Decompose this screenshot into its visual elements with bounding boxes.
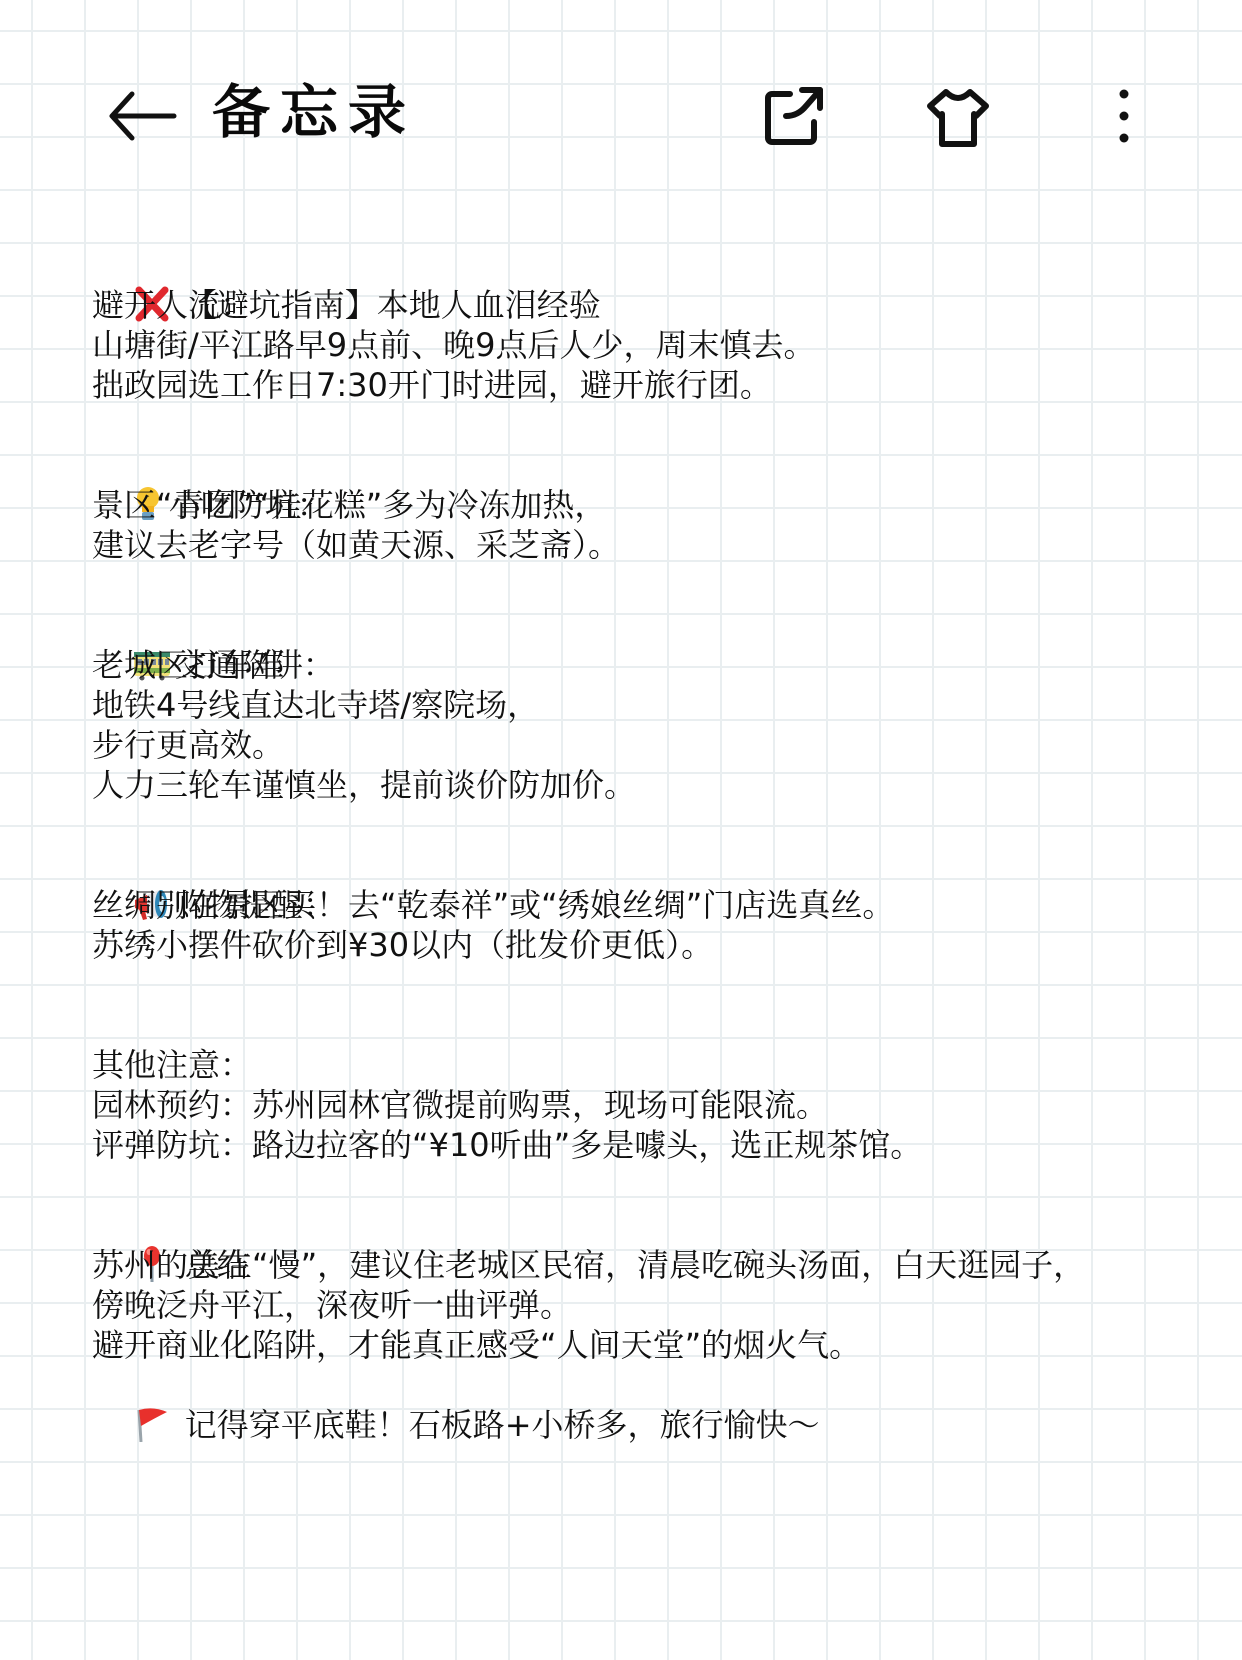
arrow-left-icon — [108, 88, 180, 144]
more-vertical-icon — [1110, 86, 1138, 150]
note-line: 评弹防坑：路边拉客的“¥10听曲”多是噱头，选正规茶馆。 — [92, 1125, 1212, 1165]
theme-button[interactable] — [926, 86, 990, 150]
note-line: 景区“青团”“桂花糕”多为冷冻加热， — [92, 485, 1212, 525]
closing-line: 记得穿平底鞋！石板路+小桥多，旅行愉快～ — [92, 1365, 1212, 1405]
section-heading: 交通陷阱： — [92, 605, 1212, 645]
triangular-flag-icon — [133, 1406, 171, 1442]
note-line: 拙政园选工作日7:30开门时进园，避开旅行团。 — [92, 365, 1212, 405]
note-line: 丝绸别在景区买！去“乾泰祥”或“绣娘丝绸”门店选真丝。 — [92, 885, 1212, 925]
note-line: 苏绣小摆件砍价到¥30以内（批发价更低）。 — [92, 925, 1212, 965]
section-heading: 小吃防坑： — [92, 445, 1212, 485]
note-line: 傍晚泛舟平江，深夜听一曲评弹。 — [92, 1285, 1212, 1325]
note-line: 园林预约：苏州园林官微提前购票，现场可能限流。 — [92, 1085, 1212, 1125]
page-title: 备忘录 — [212, 72, 416, 152]
t-shirt-icon — [926, 86, 990, 150]
note-body[interactable]: 【避坑指南】本地人血泪经验 避开人流： 山塘街/平江路早9点前、晚9点后人少，周… — [92, 245, 1212, 1405]
note-line: 山塘街/平江路早9点前、晚9点后人少，周末慎去。 — [92, 325, 1212, 365]
section-heading: 其他注意： — [92, 1045, 1212, 1085]
more-options-button[interactable] — [1110, 86, 1138, 150]
section-heading: 购物提醒： — [92, 845, 1212, 885]
note-line: 步行更高效。 — [92, 725, 1212, 765]
share-button[interactable] — [762, 86, 826, 150]
note-line: 地铁4号线直达北寺塔/察院场， — [92, 685, 1212, 725]
note-line: 避开商业化陷阱，才能真正感受“人间天堂”的烟火气。 — [92, 1325, 1212, 1365]
top-bar: 备忘录 — [0, 0, 1242, 200]
section-heading: 总结 — [92, 1205, 1212, 1245]
back-button[interactable] — [108, 88, 180, 144]
external-share-icon — [762, 86, 826, 150]
note-line: 苏州的美在“慢”，建议住老城区民宿，清晨吃碗头汤面，白天逛园子， — [92, 1245, 1212, 1285]
note-line: 人力三轮车谨慎坐，提前谈价防加价。 — [92, 765, 1212, 805]
note-line: 建议去老字号（如黄天源、采芝斋）。 — [92, 525, 1212, 565]
note-line: 老城区打车难 — [92, 645, 1212, 685]
section-heading: 【避坑指南】本地人血泪经验 — [92, 245, 1212, 285]
